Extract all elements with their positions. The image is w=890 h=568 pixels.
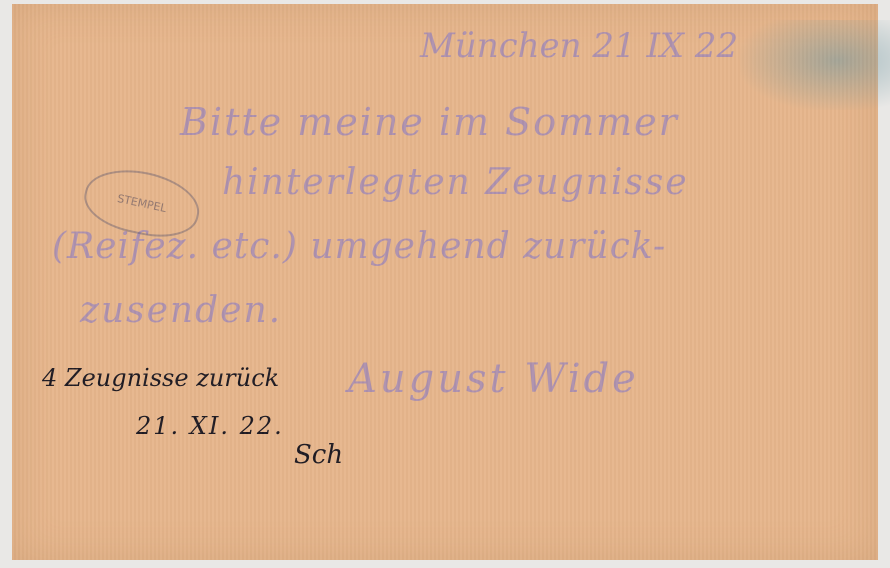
body-line-2: hinterlegten Zeugnisse xyxy=(222,162,689,203)
postmark-stamp: STEMPEL xyxy=(79,161,205,246)
body-line-3: (Reifez. etc.) umgehend zurück- xyxy=(52,226,666,267)
ink-note-line-1: 4 Zeugnisse zurück xyxy=(42,364,279,392)
postcard: München 21 IX 22 Bitte meine im Sommer h… xyxy=(12,4,878,560)
signature: August Wide xyxy=(348,356,639,402)
header-line: München 21 IX 22 xyxy=(420,26,738,66)
ink-note-date: 21. XI. 22. xyxy=(136,412,284,440)
ink-note-initials: Sch xyxy=(294,440,343,470)
ink-stain xyxy=(740,20,890,110)
body-line-4: zusenden. xyxy=(80,290,282,331)
stamp-text: STEMPEL xyxy=(116,191,167,214)
body-line-1: Bitte meine im Sommer xyxy=(180,100,679,144)
